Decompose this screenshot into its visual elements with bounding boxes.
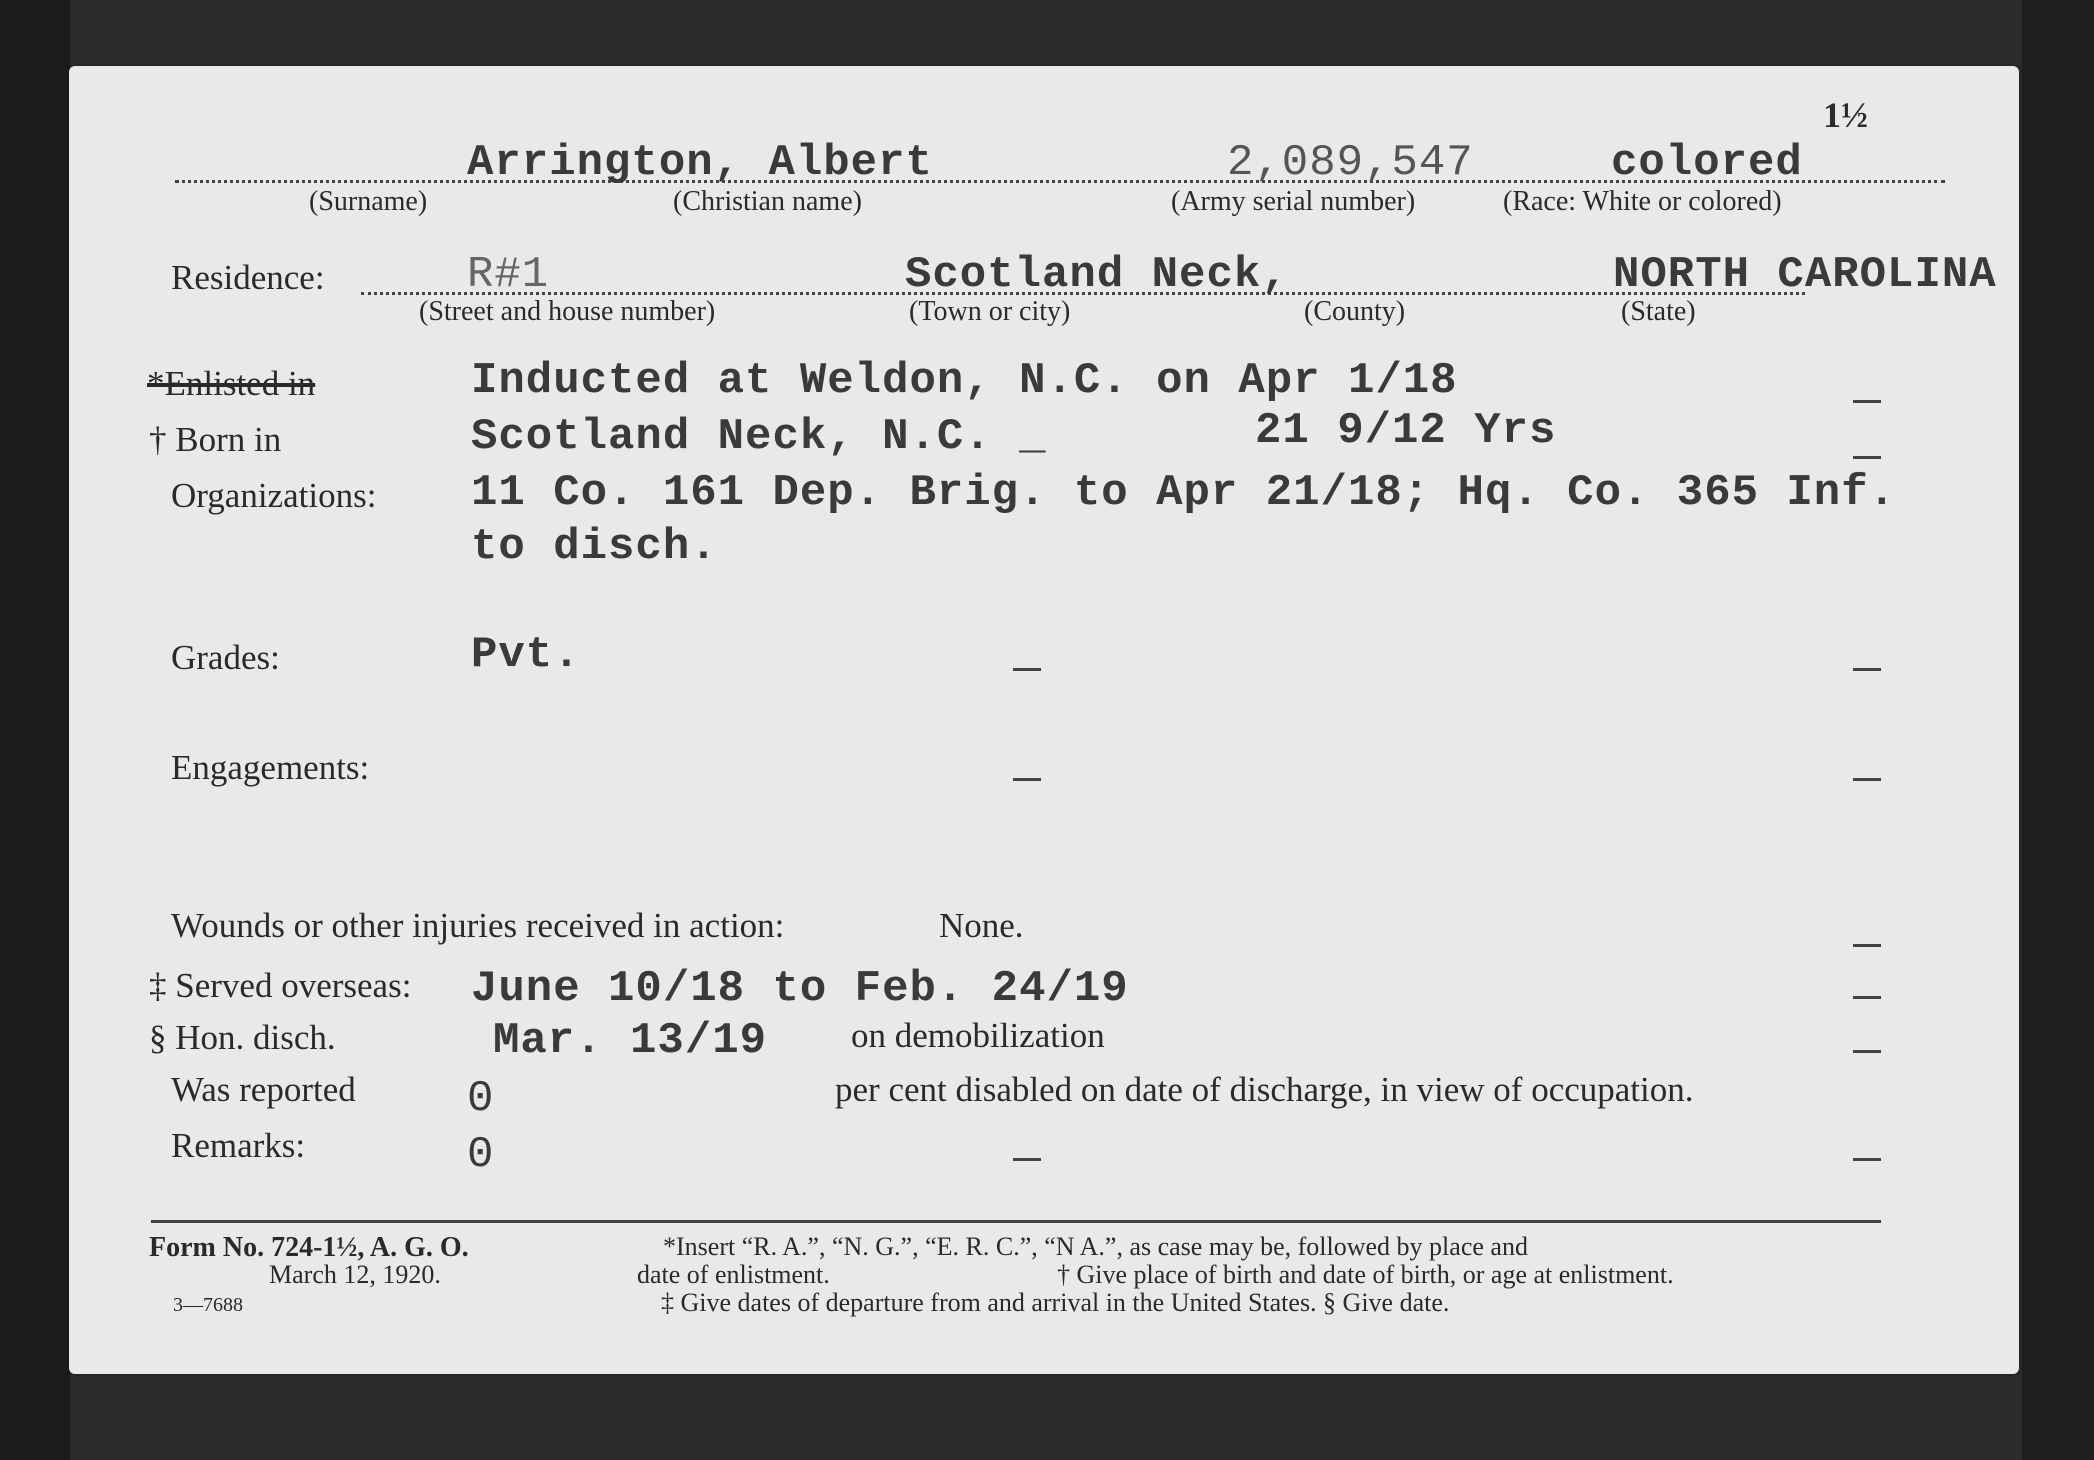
- born-dash: [1853, 456, 1881, 459]
- town-value: Scotland Neck,: [905, 250, 1289, 300]
- race-value: colored: [1611, 138, 1803, 188]
- serial-caption: (Army serial number): [1171, 186, 1415, 218]
- overseas-dash: [1853, 996, 1881, 999]
- street-value: R#1: [467, 250, 549, 300]
- state-value: NORTH CAROLINA: [1613, 250, 1997, 300]
- overseas-label: ‡ Served overseas:: [149, 966, 411, 1006]
- enlisted-value: Inducted at Weldon, N.C. on Apr 1/18: [471, 356, 1458, 406]
- form-date: March 12, 1920.: [269, 1260, 441, 1290]
- organizations-label: Organizations:: [171, 476, 376, 516]
- footer-note-birth: † Give place of birth and date of birth,…: [1057, 1260, 1674, 1290]
- remarks-value: 0: [467, 1130, 494, 1180]
- grades-dash-right: [1853, 668, 1881, 671]
- wounds-value: None.: [939, 906, 1024, 946]
- service-record-card: 1½ Arrington, Albert 2,089,547 colored (…: [69, 66, 2019, 1374]
- serial-number-value: 2,089,547: [1227, 138, 1474, 188]
- hon-disch-label: § Hon. disch.: [149, 1018, 336, 1058]
- residence-label: Residence:: [171, 258, 325, 298]
- footer-note-insert: *Insert “R. A.”, “N. G.”, “E. R. C.”, “N…: [663, 1232, 1528, 1262]
- form-fraction: 1½: [1823, 94, 1868, 136]
- christian-name-caption: (Christian name): [673, 186, 862, 218]
- footer-note-overseas: ‡ Give dates of departure from and arriv…: [661, 1288, 1449, 1318]
- hon-disch-value: Mar. 13/19: [493, 1016, 767, 1066]
- print-code: 3—7688: [173, 1294, 243, 1317]
- scanner-frame-right: [2022, 0, 2094, 1460]
- street-caption: (Street and house number): [419, 296, 715, 328]
- remarks-label: Remarks:: [171, 1126, 305, 1166]
- hon-disch-dash: [1853, 1050, 1881, 1053]
- reported-value: 0: [467, 1074, 494, 1124]
- surname-caption: (Surname): [309, 186, 427, 218]
- enlisted-dash: [1853, 400, 1881, 403]
- footer-rule: [151, 1220, 1881, 1223]
- wounds-label: Wounds or other injuries received in act…: [171, 906, 784, 946]
- engagements-label: Engagements:: [171, 748, 369, 788]
- race-caption: (Race: White or colored): [1503, 186, 1782, 218]
- enlisted-label: *Enlisted in: [147, 364, 315, 404]
- remarks-dash-right: [1853, 1158, 1881, 1161]
- remarks-dash-mid: [1013, 1158, 1041, 1161]
- name-value: Arrington, Albert: [467, 138, 933, 188]
- organizations-line-2: to disch.: [471, 522, 718, 572]
- engagements-dash-right: [1853, 778, 1881, 781]
- grades-value: Pvt.: [471, 630, 581, 680]
- born-age: 21 9/12 Yrs: [1255, 406, 1556, 456]
- reported-note: per cent disabled on date of discharge, …: [835, 1070, 1694, 1110]
- town-caption: (Town or city): [909, 296, 1070, 328]
- county-caption: (County): [1304, 296, 1405, 328]
- state-caption: (State): [1621, 296, 1696, 328]
- engagements-dash-mid: [1013, 778, 1041, 781]
- overseas-value: June 10/18 to Feb. 24/19: [471, 964, 1129, 1014]
- footer-note-enlistment: date of enlistment.: [637, 1260, 830, 1290]
- born-value: Scotland Neck, N.C. _: [471, 412, 1047, 462]
- grades-label: Grades:: [171, 638, 280, 678]
- grades-dash-mid: [1013, 668, 1041, 671]
- scanner-frame-left: [0, 0, 70, 1460]
- reported-label: Was reported: [171, 1070, 356, 1110]
- organizations-line-1: 11 Co. 161 Dep. Brig. to Apr 21/18; Hq. …: [471, 468, 1896, 518]
- hon-disch-note: on demobilization: [851, 1016, 1105, 1056]
- wounds-dash: [1853, 944, 1881, 947]
- born-label: † Born in: [149, 420, 281, 460]
